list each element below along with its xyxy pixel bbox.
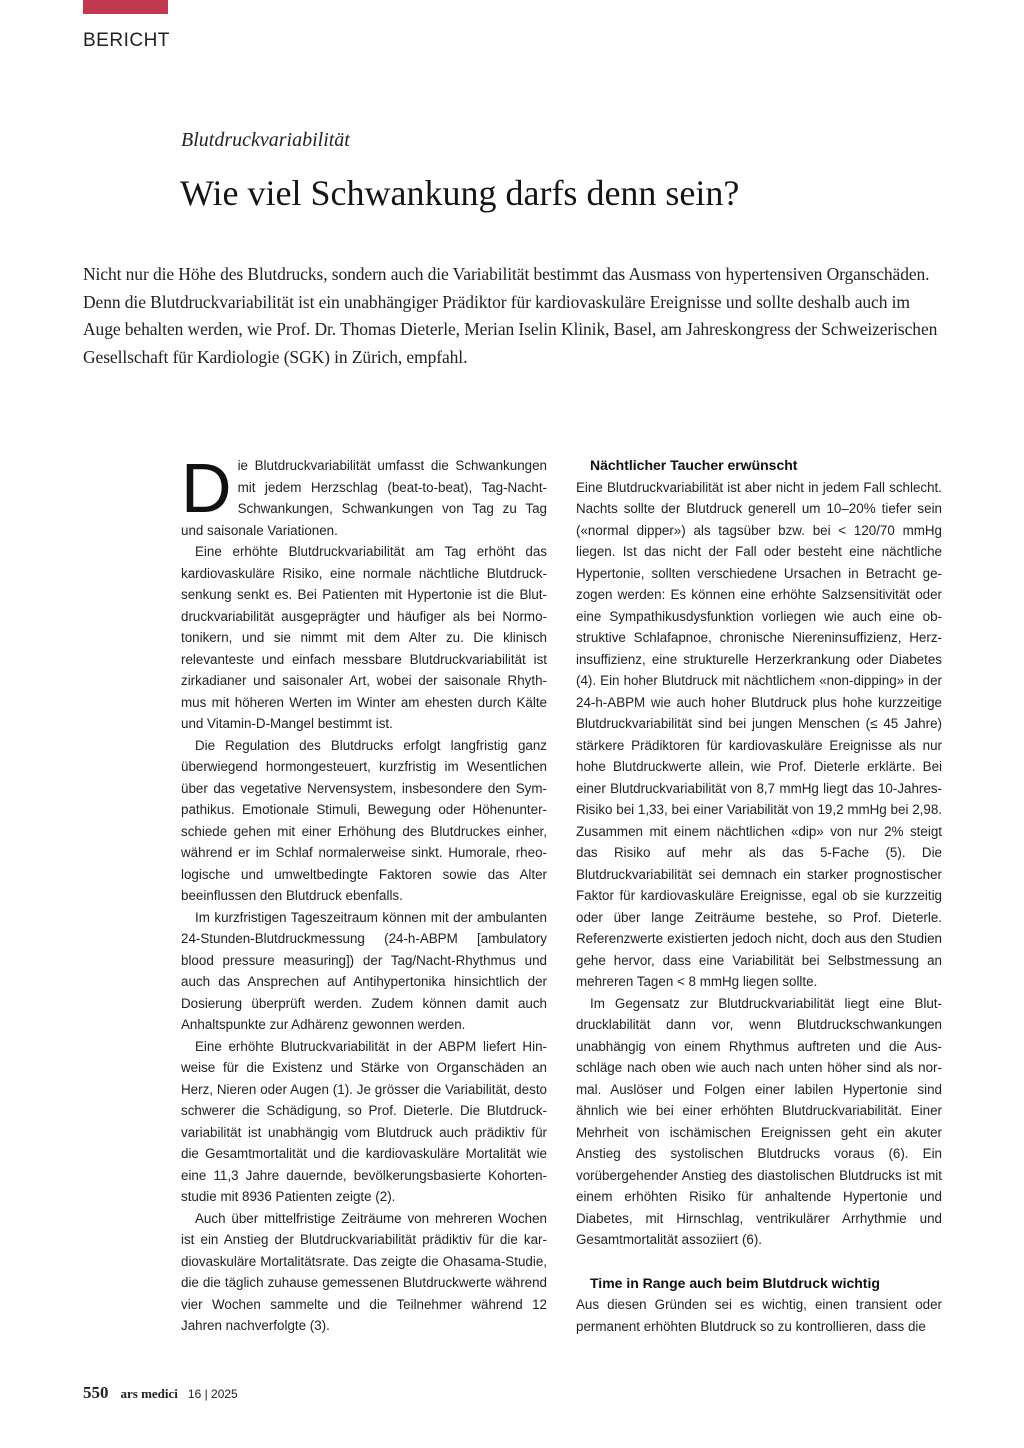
left-column: Die Blutdruckvariabilität umfasst die Sc… <box>181 455 547 1337</box>
body-paragraph: Eine erhöhte Blutdruckvariabilität am Ta… <box>181 541 547 735</box>
body-paragraph: Im kurzfristigen Tageszeitraum können mi… <box>181 907 547 1036</box>
subheading: Time in Range auch beim Blutdruck wichti… <box>576 1273 942 1295</box>
subheading: Nächtlicher Taucher erwünscht <box>576 455 942 477</box>
section-label: BERICHT <box>83 30 170 52</box>
body-paragraph: Im Gegensatz zur Blutdruckvariabilität l… <box>576 993 942 1251</box>
body-paragraph: Aus diesen Gründen sei es wichtig, einen… <box>576 1294 942 1337</box>
right-column: Nächtlicher Taucher erwünscht Eine Blutd… <box>576 455 942 1337</box>
article-title: Wie viel Schwankung darfs denn sein? <box>180 172 739 214</box>
article-kicker: Blutdruckvariabilität <box>181 129 350 152</box>
issue-number: 16 | 2025 <box>188 1387 238 1401</box>
magazine-name: ars medici <box>121 1386 178 1401</box>
first-paragraph: Die Blutdruckvariabilität umfasst die Sc… <box>181 455 547 541</box>
body-paragraph: Die Regulation des Blutdrucks erfolgt la… <box>181 735 547 907</box>
page-footer: 550 ars medici 16 | 2025 <box>83 1383 238 1403</box>
section-accent-bar <box>83 0 168 14</box>
body-paragraph: Eine Blutdruckvariabilität ist aber nich… <box>576 477 942 993</box>
body-paragraph: Auch über mittelfristige Zeiträume von m… <box>181 1208 547 1337</box>
first-paragraph-text: ie Blutdruckvariabilität umfasst die Sch… <box>181 458 547 538</box>
article-lead: Nicht nur die Höhe des Blutdrucks, sonde… <box>83 261 943 371</box>
drop-cap: D <box>181 459 232 517</box>
body-paragraph: Eine erhöhte Blutruckvariabilität in der… <box>181 1036 547 1208</box>
page-number: 550 <box>83 1383 109 1402</box>
